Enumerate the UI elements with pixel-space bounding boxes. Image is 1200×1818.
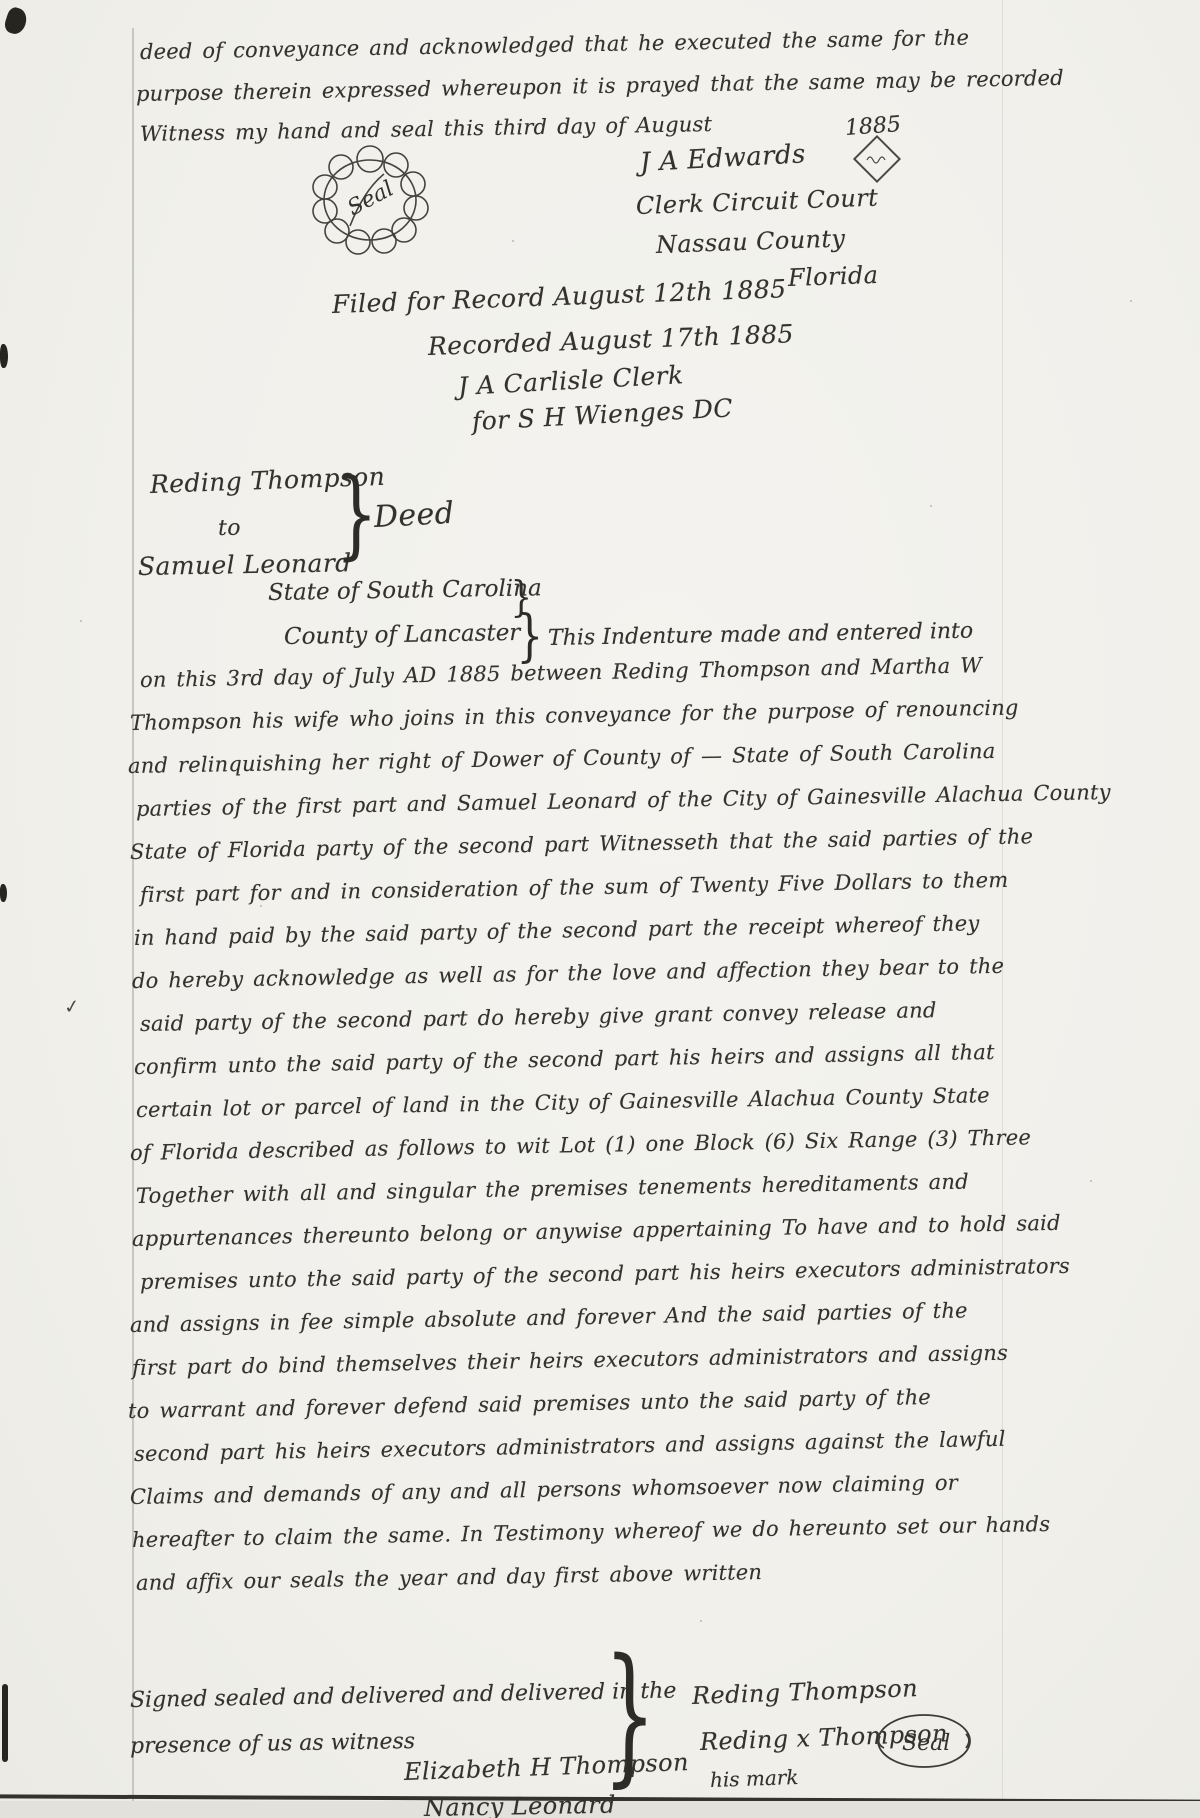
body-line: to warrant and forever defend said premi… — [128, 1385, 931, 1423]
indenture-opening: This Indenture made and entered into — [548, 619, 974, 651]
scan-smudge — [2, 1684, 8, 1762]
body-line: second part his heirs executors administ… — [134, 1427, 1006, 1466]
clerk-signature: J A Edwards — [639, 139, 806, 178]
body-line: Together with all and singular the premi… — [136, 1169, 969, 1208]
signature-seal-label: Seal — [902, 1731, 950, 1756]
body-line: of Florida described as follows to wit L… — [130, 1125, 1031, 1165]
body-line: first part do bind themselves their heir… — [132, 1341, 1008, 1380]
body-line: and relinquishing her right of Dower of … — [128, 739, 996, 778]
body-line: do hereby acknowledge as well as for the… — [132, 954, 1005, 993]
paper-speck — [1130, 300, 1132, 302]
his-mark-note: his mark — [710, 1765, 799, 1792]
page-edge-line — [1002, 0, 1003, 1818]
margin-checkmark: ✓ — [63, 995, 82, 1019]
caption-grantee: Samuel Leonard — [138, 548, 352, 581]
paper-speck — [512, 240, 514, 242]
body-line: certain lot or parcel of land in the Cit… — [136, 1083, 990, 1122]
continuation-line: purpose therein expressed whereupon it i… — [136, 66, 1064, 106]
caption-instrument: Deed — [373, 496, 455, 535]
recorded-line: Recorded August 17th 1885 — [427, 319, 794, 361]
clerk-county: Nassau County — [656, 224, 846, 259]
body-line: and affix our seals the year and day fir… — [136, 1560, 763, 1595]
body-line: Thompson his wife who joins in this conv… — [130, 695, 1019, 735]
body-line: State of Florida party of the second par… — [130, 824, 1034, 864]
body-line: on this 3rd day of July AD 1885 between … — [140, 653, 982, 692]
body-line: in hand paid by the said party of the se… — [134, 911, 980, 950]
clerk-state: Florida — [788, 261, 879, 292]
attestation-line: presence of us as witness — [130, 1729, 416, 1759]
clerk-title: Clerk Circuit Court — [636, 184, 879, 220]
body-line: parties of the first part and Samuel Leo… — [136, 780, 1111, 821]
body-line: said party of the second part do hereby … — [140, 998, 937, 1036]
venue-state: State of South Carolina — [268, 575, 542, 606]
body-line: hereafter to claim the same. In Testimon… — [132, 1512, 1051, 1552]
body-line: appurtenances thereunto belong or anywis… — [132, 1211, 1061, 1251]
scan-smudge — [0, 344, 8, 368]
paper-speck — [700, 1620, 702, 1622]
continuation-line: deed of conveyance and acknowledged that… — [140, 26, 970, 64]
venue-brace-county: } — [516, 604, 543, 669]
signature-seal: Seal — [870, 1706, 978, 1776]
paper-speck — [260, 905, 262, 907]
caption-brace: } — [335, 458, 378, 570]
year-1885: 1885 — [844, 112, 902, 141]
deputy-clerk-line: for S H Wienges DC — [471, 393, 733, 436]
attestation-line: Signed sealed and delivered and delivere… — [130, 1678, 677, 1713]
body-line: and assigns in fee simple absolute and f… — [130, 1298, 968, 1337]
court-seal-label: Seal — [344, 176, 398, 221]
paper-speck — [1090, 1180, 1092, 1182]
filed-for-record-line: Filed for Record August 12th 1885 — [331, 274, 786, 319]
witness-name: Nancy Leonard — [424, 1791, 616, 1818]
scan-smudge — [2, 6, 29, 37]
paper-speck — [930, 505, 932, 507]
recording-clerk-line: J A Carlisle Clerk — [457, 360, 684, 401]
paper-speck — [80, 620, 82, 622]
body-line: Claims and demands of any and all person… — [130, 1471, 958, 1509]
body-line: premises unto the said party of the seco… — [140, 1254, 1070, 1294]
caption-connector: to — [218, 516, 241, 541]
body-line: first part for and in consideration of t… — [140, 868, 1009, 907]
venue-county: County of Lancaster — [284, 620, 521, 650]
diamond-stamp-mark — [866, 152, 888, 164]
body-line: confirm unto the said party of the secon… — [134, 1040, 995, 1079]
scanned-deed-page: deed of conveyance and acknowledged that… — [0, 0, 1200, 1818]
scan-smudge — [0, 884, 7, 902]
grantor-signature: Reding Thompson — [692, 1674, 919, 1710]
court-seal: Seal — [292, 138, 448, 260]
